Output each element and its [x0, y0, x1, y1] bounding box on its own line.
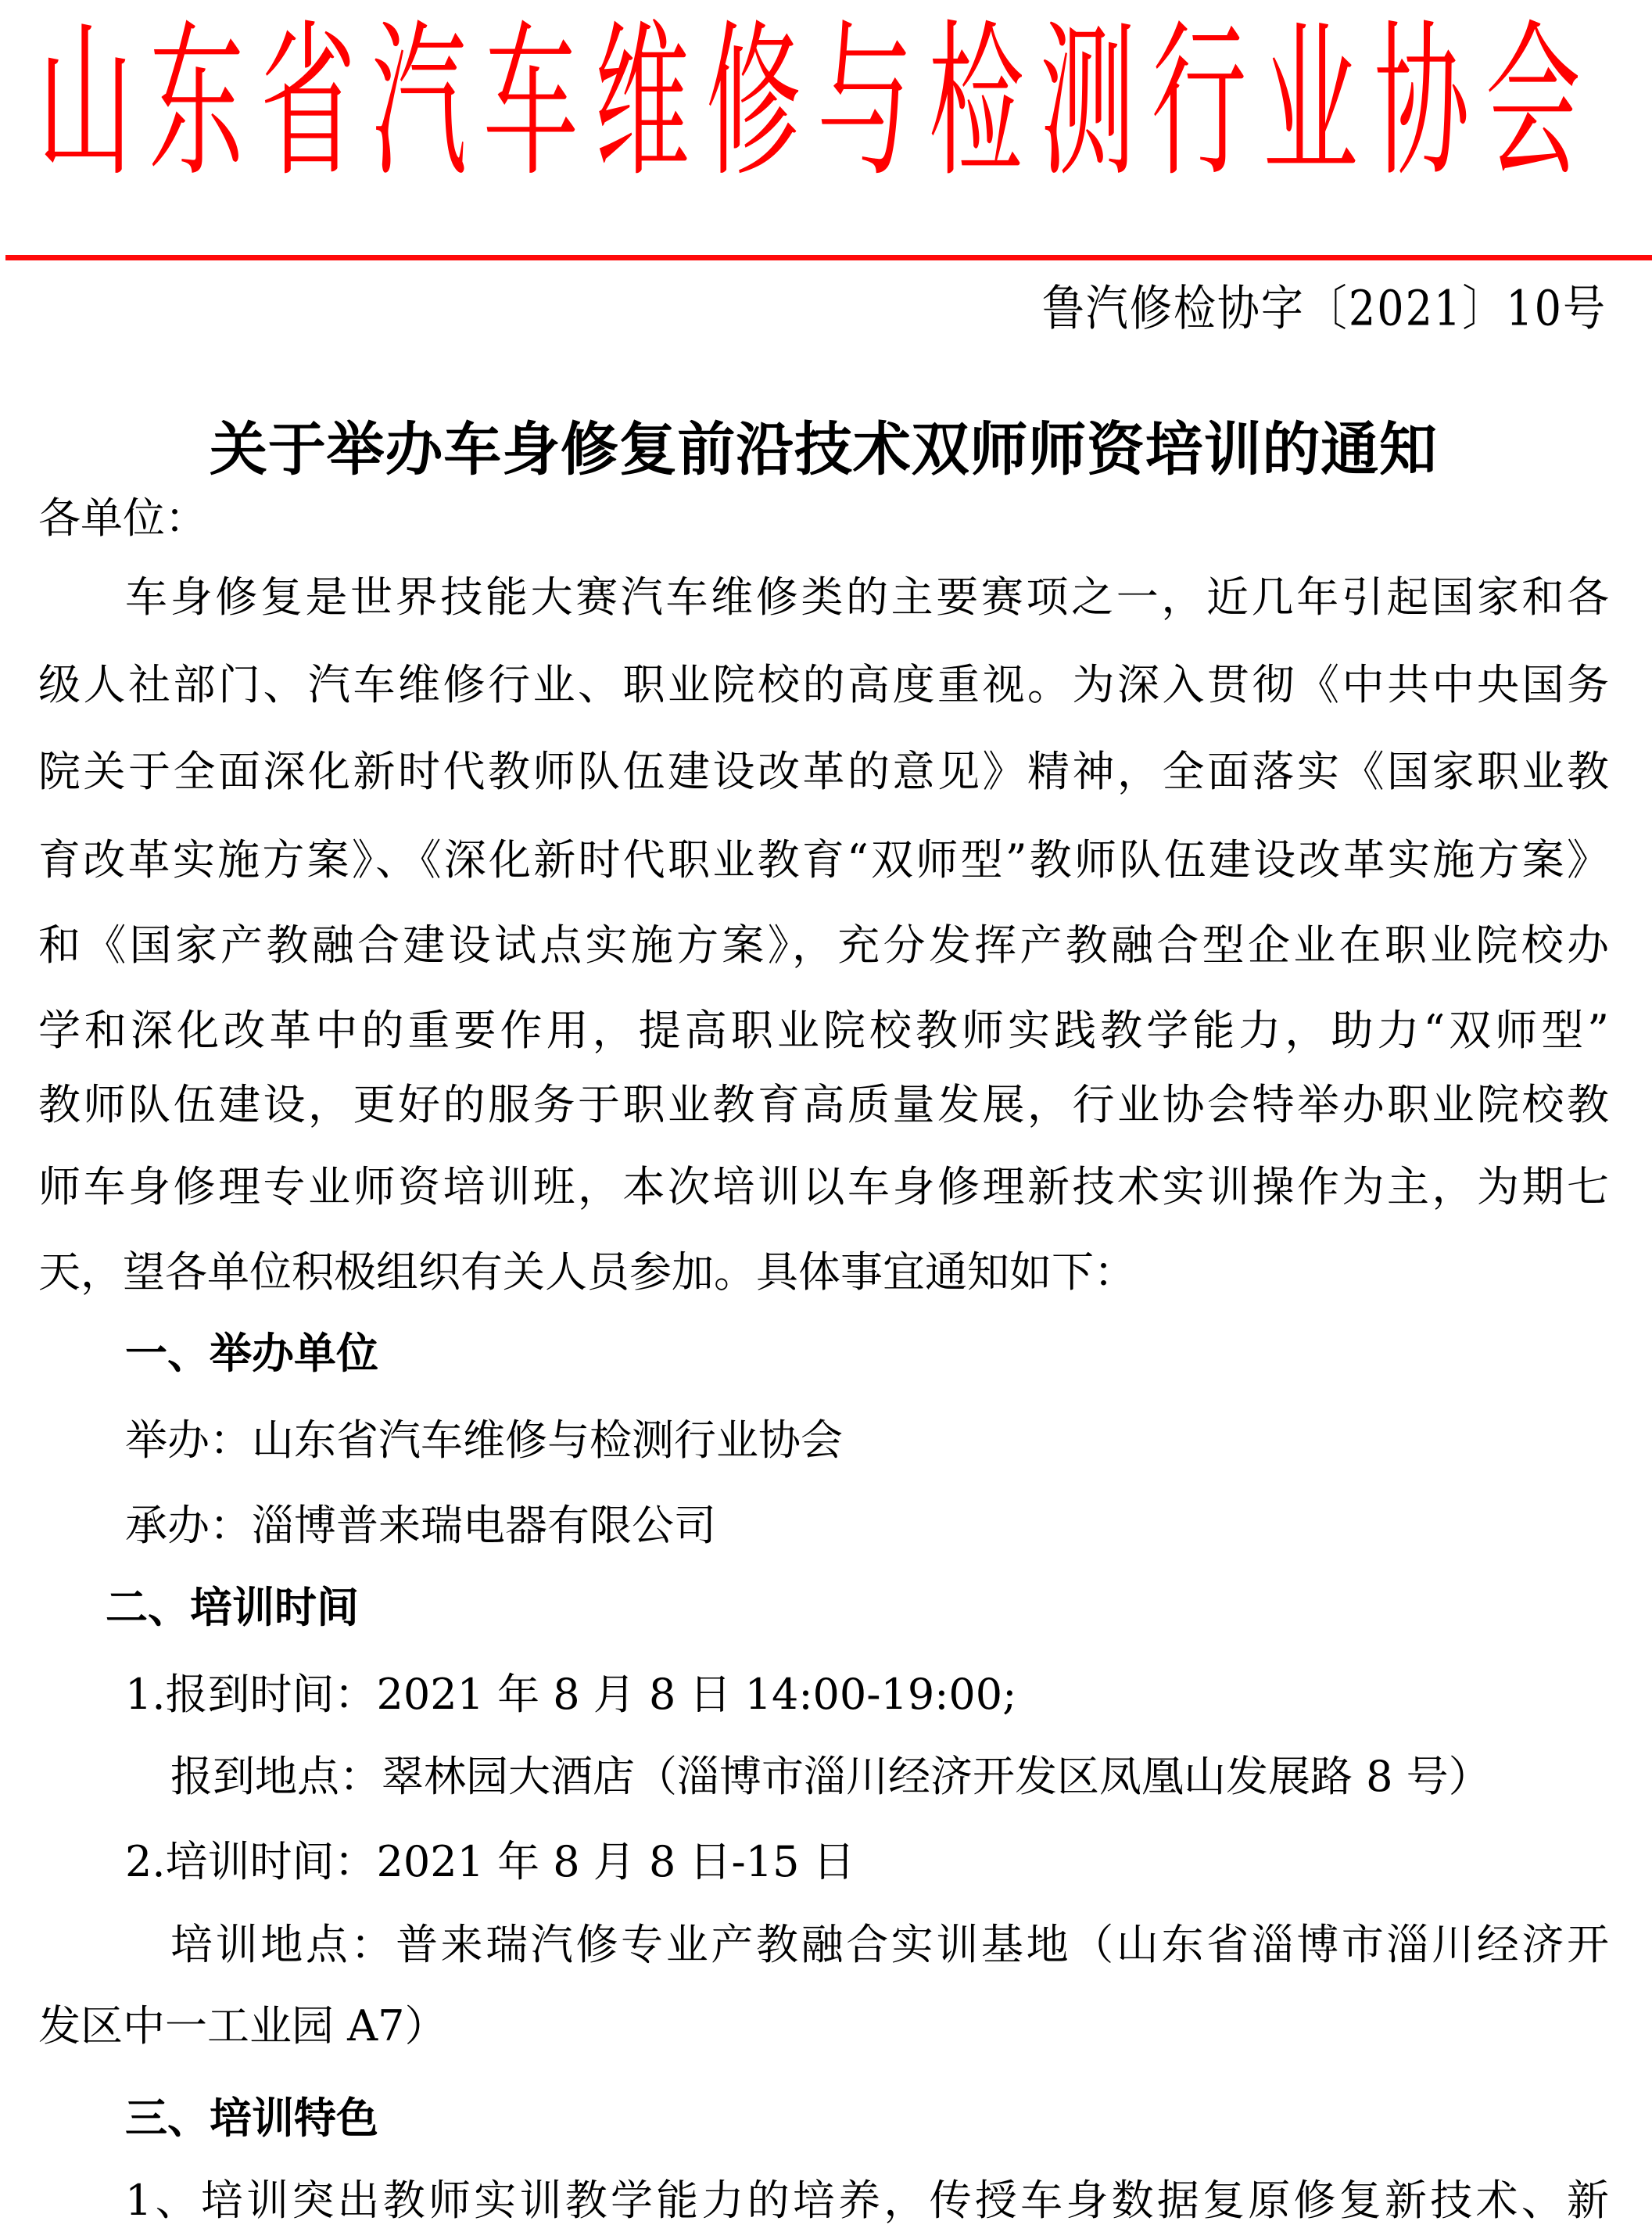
- host-organization: 举办：山东省汽车维修与检测行业协会: [125, 1409, 1652, 1472]
- checkin-place: 报到地点：翠林园大酒店（淄博市淄川经济开发区凤凰山发展路 8 号）: [170, 1746, 1652, 1808]
- intro-line: 车身修复是世界技能大赛汽车维修类的主要赛项之一，近几年引起国家和各: [125, 566, 1609, 629]
- undertaking-organization: 承办：淄博普来瑞电器有限公司: [125, 1494, 1652, 1557]
- masthead-glyph: 业: [1263, 0, 1359, 287]
- intro-line: 和《国家产教融合建设试点实施方案》，充分发挥产教融合型企业在职业院校办: [38, 914, 1609, 977]
- masthead-glyph: 山: [38, 0, 134, 287]
- training-place: 培训地点：普来瑞汽修专业产教融合实训基地（山东省淄博市淄川经济开: [170, 1914, 1609, 1976]
- intro-line: 天，望各单位积极组织有关人员参加。具体事宜通知如下：: [38, 1241, 1609, 1304]
- document-number: 鲁汽修检协字〔2021〕10号: [1042, 278, 1607, 340]
- masthead-glyph: 协: [1374, 0, 1470, 287]
- red-divider-rule: [5, 255, 1652, 260]
- masthead-glyph: 维: [594, 0, 690, 287]
- masthead-glyph: 汽: [371, 0, 468, 287]
- masthead-glyph: 与: [817, 0, 913, 287]
- intro-line: 院关于全面深化新时代教师队伍建设改革的意见》精神，全面落实《国家职业教: [38, 741, 1609, 803]
- masthead-glyph: 东: [149, 0, 245, 287]
- checkin-time: 1.报到时间：2021 年 8 月 8 日 14:00-19:00;: [125, 1663, 1652, 1726]
- masthead-glyph: 检: [929, 0, 1025, 287]
- masthead-glyph: 行: [1152, 0, 1248, 287]
- training-place-continued: 发区中一工业园 A7）: [38, 1995, 1609, 2058]
- feature-item: 1、培训突出教师实训教学能力的培养，传授车身数据复原修复新技术、新: [125, 2169, 1609, 2232]
- intro-line: 学和深化改革中的重要作用，提高职业院校教师实践教学能力，助力“双师型”: [38, 999, 1609, 1062]
- notice-title: 关于举办车身修复前沿技术双师师资培训的通知: [210, 414, 1437, 485]
- masthead-glyph: 车: [483, 0, 579, 287]
- document-number-text: 鲁汽修检协字〔2021〕10号: [1042, 273, 1607, 345]
- masthead-glyph: 修: [706, 0, 802, 287]
- masthead-glyph: 测: [1040, 0, 1136, 287]
- section-heading-features: 三、培训特色: [125, 2087, 1652, 2150]
- masthead-org-name: 山东省汽车维修与检测行业协会: [38, 9, 1582, 221]
- intro-line: 教师队伍建设，更好的服务于职业教育高质量发展，行业协会特举办职业院校教: [38, 1074, 1609, 1136]
- training-time: 2.培训时间：2021 年 8 月 8 日-15 日: [125, 1831, 1652, 1893]
- salutation: 各单位：: [38, 487, 1609, 550]
- intro-line: 师车身修理专业师资培训班，本次培训以车身修理新技术实训操作为主，为期七: [38, 1156, 1609, 1218]
- section-heading-schedule: 二、培训时间: [106, 1577, 1652, 1639]
- intro-line: 育改革实施方案》、《深化新时代职业教育“双师型”教师队伍建设改革实施方案》: [38, 829, 1609, 892]
- section-heading-organizer: 一、举办单位: [125, 1322, 1652, 1385]
- intro-line: 级人社部门、汽车维修行业、职业院校的高度重视。为深入贯彻《中共中央国务: [38, 654, 1609, 716]
- masthead-glyph: 省: [260, 0, 357, 287]
- masthead-glyph: 会: [1485, 0, 1582, 287]
